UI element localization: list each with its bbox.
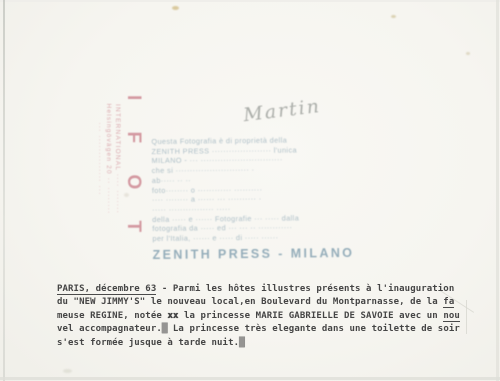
- paper-speck: [466, 52, 470, 55]
- zenith-copyright-stamp: Questa Fotografia è di proprietà dellaZE…: [151, 135, 350, 262]
- paper-speck: [172, 6, 179, 10]
- typed-caption: PARIS, décembre 63 - Parmi les hôtes ill…: [57, 283, 469, 350]
- paper-edge-right: [496, 0, 499, 381]
- caption-line: PARIS, décembre 63 - Parmi les hôtes ill…: [57, 283, 469, 296]
- zenith-stamp-line: per l'Italia, ······ e ····· di ····· ··…: [152, 232, 350, 244]
- ifot-stamp-line: Helsingövägen 20 ·· ········: [104, 95, 113, 223]
- photo-verso: I F O T INTERNATIONAL ···· ·······Helsin…: [0, 0, 500, 381]
- caption-line: vel accompagnateur.█ La princesse très e…: [57, 323, 469, 336]
- paper-edge-top: [0, 0, 500, 2]
- caption-line: du "NEW JIMMY'S" le nouveau local,en Bou…: [57, 296, 469, 309]
- caption-line: s'est formée jusque à tarde nuit.█: [57, 337, 469, 350]
- ifot-stamp-line: ··· ·············· ···: [95, 95, 104, 223]
- paper-edge-left: [3, 0, 5, 381]
- ifot-stamp-address: INTERNATIONAL ···· ·······Helsingövägen …: [95, 95, 122, 223]
- zenith-stamp-text: Questa Fotografia è di proprietà dellaZE…: [151, 135, 350, 244]
- paper-speck: [63, 369, 72, 373]
- ifot-agency-stamp: I F O T INTERNATIONAL ···· ·······Helsin…: [92, 95, 144, 223]
- zenith-stamp-footer: ZENITH PRESS - MILANO: [153, 246, 351, 262]
- ifot-stamp-title: I F O T: [122, 95, 144, 223]
- ifot-stamp-line: INTERNATIONAL ···· ·······: [113, 95, 122, 223]
- paper-speck: [391, 15, 396, 18]
- handwritten-pencil-note: Martin: [242, 90, 364, 126]
- paper-edge-bottom: [0, 377, 500, 380]
- caption-line: meuse REGINE, notée xx la princesse MARI…: [57, 310, 469, 323]
